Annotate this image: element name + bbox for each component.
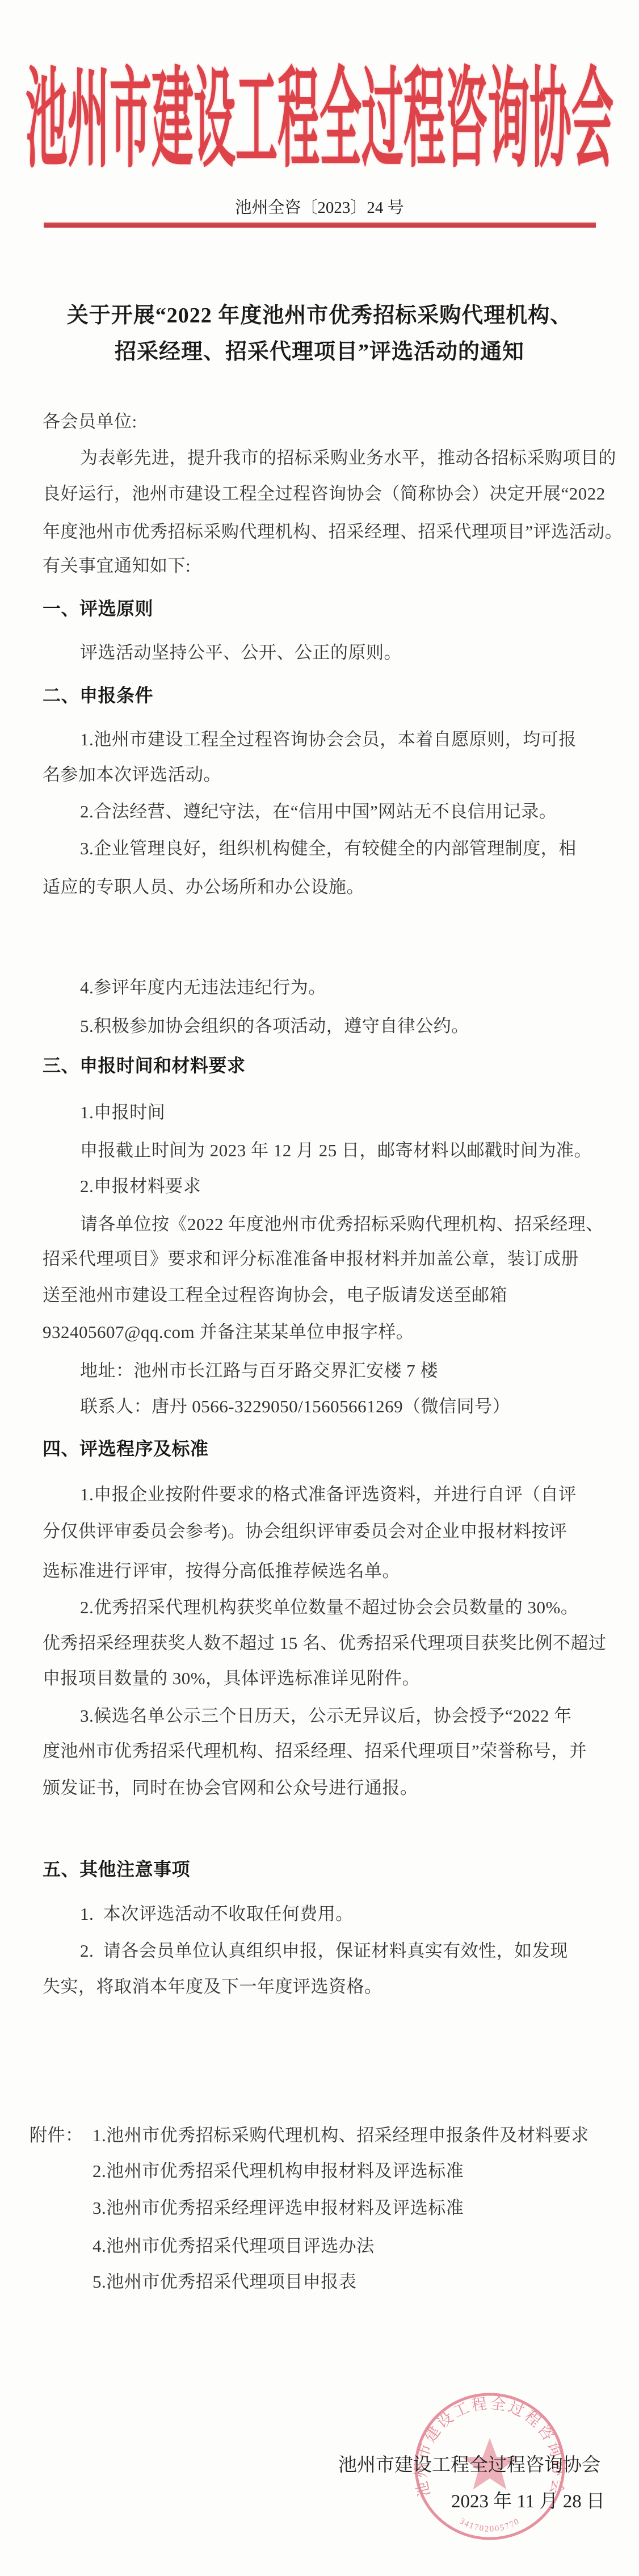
attachment-item: 1.池州市优秀招标采购代理机构、招采经理申报条件及材料要求 [93,2126,589,2144]
body-line: 1.池州市建设工程全过程咨询协会会员，本着自愿原则，均可报 [80,731,577,748]
svg-text:341702005770: 341702005770 [458,2516,522,2533]
document-number: 池州全咨〔2023〕24 号 [0,195,639,218]
salutation: 各会员单位: [43,413,137,430]
body-line: 2.申报材料要求 [80,1177,201,1195]
body-line: 有关事宜通知如下: [43,557,191,574]
body-line: 请各单位按《2022 年度池州市优秀招标采购代理机构、招采经理、 [80,1215,604,1233]
body-line: 2.合法经营、遵纪守法，在“信用中国”网站无不良信用记录。 [80,803,557,820]
body-line-contact: 联系人：唐丹 0566-3229050/15605661269（微信同号） [80,1398,510,1415]
body-line: 3.候选名单公示三个日历天，公示无异议后，协会授予“2022 年 [80,1707,572,1725]
body-line: 4.参评年度内无违法违纪行为。 [80,979,326,996]
seal-code-text: 341702005770 [458,2516,522,2533]
red-divider-rule [44,223,596,228]
body-line: 失实，将取消本年度及下一年度评选资格。 [43,1978,382,1995]
section-heading-5: 五、其他注意事项 [43,1860,190,1878]
body-line: 3.企业管理良好，组织机构健全，有较健全的内部管理制度，相 [80,840,577,857]
attachment-item: 5.池州市优秀招采代理项目申报表 [93,2273,356,2290]
body-line: 年度池州市优秀招标采购代理机构、招采经理、招采代理项目”评选活动。 [43,523,623,540]
body-line: 1. 本次评选活动不收取任何费用。 [80,1905,354,1923]
body-line: 评选活动坚持公平、公开、公正的原则。 [80,644,402,661]
body-line: 颁发证书，同时在协会官网和公众号进行通报。 [43,1779,418,1797]
section-heading-4: 四、评选程序及标准 [43,1440,209,1458]
body-line: 2.优秀招采代理机构获奖单位数量不超过协会会员数量的 30%。 [80,1599,578,1616]
attachments-label: 附件： [30,2126,83,2144]
attachment-item: 2.池州市优秀招采代理机构申报材料及评选标准 [93,2162,464,2180]
body-line: 优秀招采经理获奖人数不超过 15 名、优秀招采代理项目获奖比例不超过 [43,1634,607,1652]
body-line: 1.申报时间 [80,1104,165,1121]
body-line: 5.积极参加协会组织的各项活动，遵守自律公约。 [80,1017,469,1035]
body-line: 2. 请各会员单位认真组织申报，保证材料真实有效性，如发现 [80,1942,568,1960]
body-line: 申报截止时间为 2023 年 12 月 25 日，邮寄材料以邮戳时间为准。 [80,1142,592,1159]
body-line: 适应的专职人员、办公场所和办公设施。 [43,878,364,896]
body-line: 良好运行，池州市建设工程全过程咨询协会（简称协会）决定开展“2022 [43,485,606,502]
notice-title-line1: 关于开展“2022 年度池州市优秀招标采购代理机构、 [0,297,639,329]
body-line: 为表彰先进，提升我市的招标采购业务水平，推动各招标采购项目的 [80,449,616,467]
document-page: 池州市建设工程全过程咨询协会 池州全咨〔2023〕24 号 关于开展“2022 … [0,0,639,2576]
body-line: 申报项目数量的 30%，具体评选标准详见附件。 [43,1669,420,1687]
section-heading-2: 二、申报条件 [43,686,153,704]
body-line: 招采代理项目》要求和评分标准准备申报材料并加盖公章，装订成册 [43,1250,579,1268]
attachment-item: 4.池州市优秀招采代理项目评选办法 [93,2237,375,2255]
attachment-item: 3.池州市优秀招采经理评选申报材料及评选标准 [93,2199,464,2217]
section-heading-3: 三、申报时间和材料要求 [43,1056,246,1075]
letterhead-org-title: 池州市建设工程全过程咨询协会 [0,33,639,190]
body-line: 1.申报企业按附件要求的格式准备评选资料，并进行自评（自评 [80,1486,577,1503]
body-line: 选标准进行评审，按得分高低推荐候选名单。 [43,1562,400,1580]
signature-org: 池州市建设工程全过程咨询协会 [338,2456,600,2475]
signature-date: 2023 年 11 月 28 日 [451,2493,605,2511]
body-line-address: 地址：池州市长江路与百牙路交界汇安楼 7 楼 [80,1362,438,1379]
body-line: 送至池州市建设工程全过程咨询协会，电子版请发送至邮箱 [43,1286,507,1304]
body-line: 度池州市优秀招采代理机构、招采经理、招采代理项目”荣誉称号，并 [43,1742,587,1760]
body-line-email: 932405607@qq.com 并备注某某单位申报字样。 [43,1323,414,1341]
section-heading-1: 一、评选原则 [43,599,153,618]
body-line: 分仅供评审委员会参考)。协会组织评审委员会对企业申报材料按评 [43,1522,567,1540]
body-line: 名参加本次评选活动。 [43,766,221,783]
notice-title-line2: 招采经理、招采代理项目”评选活动的通知 [0,334,639,365]
